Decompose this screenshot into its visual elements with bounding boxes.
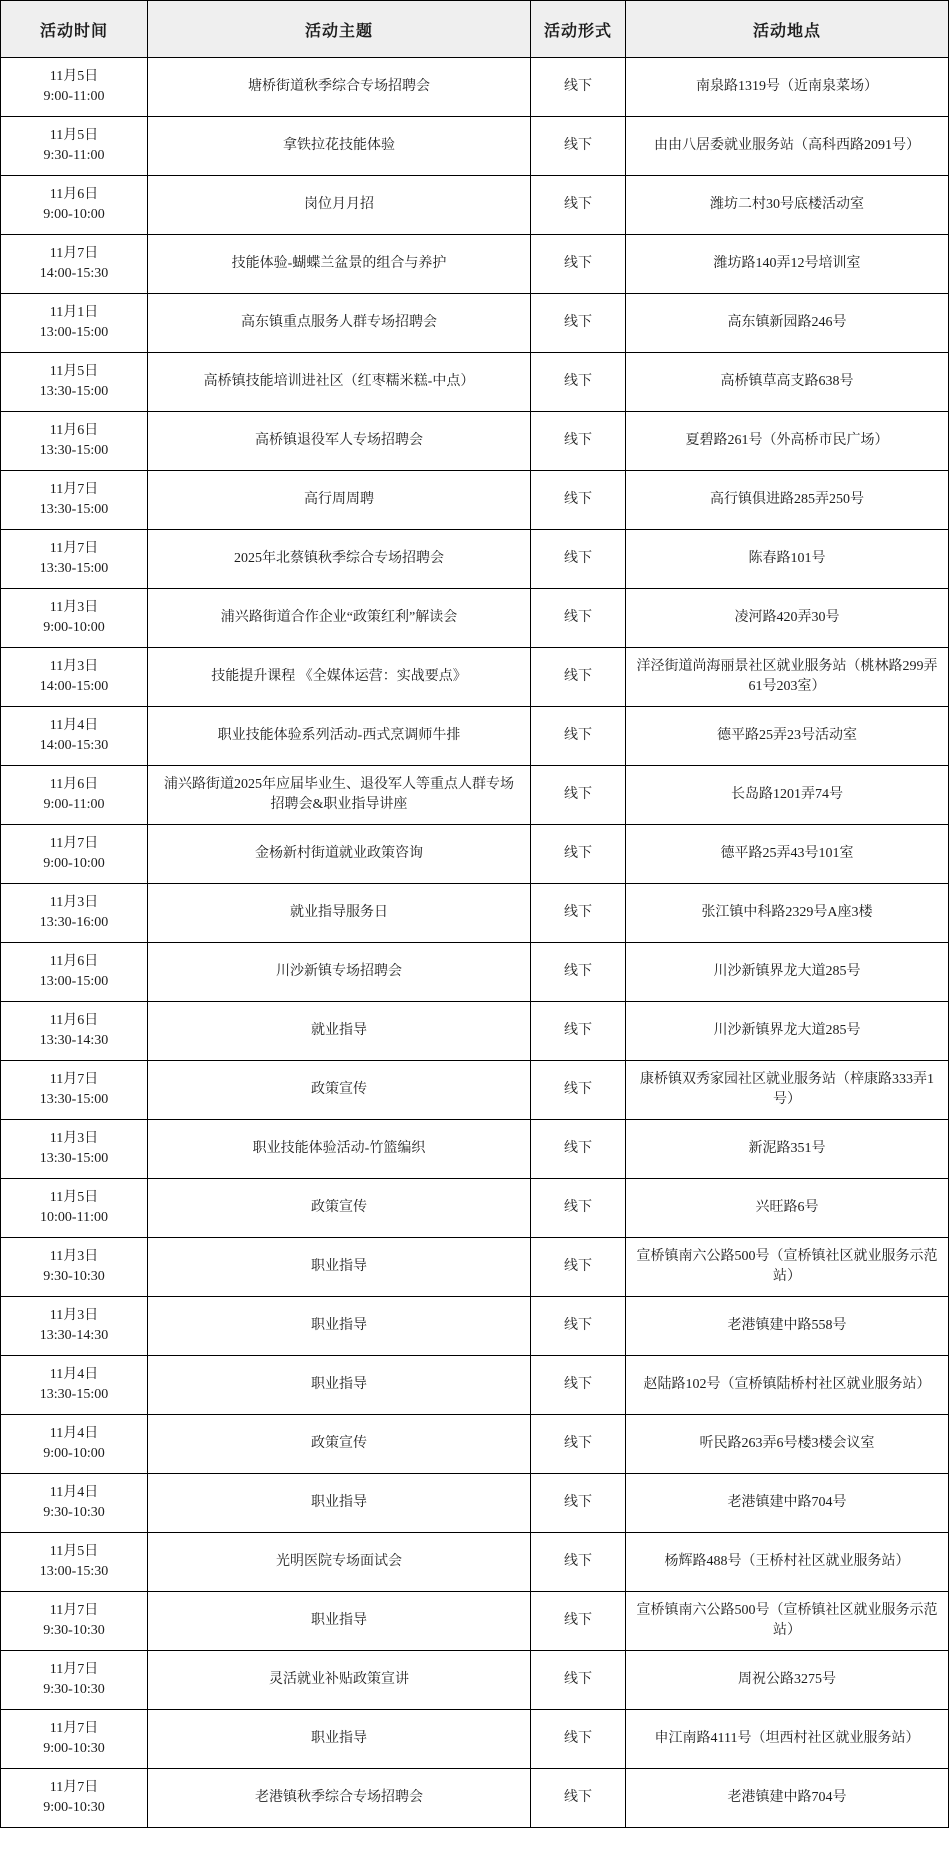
cell-format: 线下 (531, 1120, 626, 1179)
cell-time: 11月6日 9:00-11:00 (1, 766, 148, 825)
event-date: 11月6日 (11, 775, 137, 795)
table-row: 11月4日 9:30-10:30 职业指导 线下 老港镇建中路704号 (1, 1474, 949, 1533)
cell-location: 凌河路420弄30号 (626, 589, 949, 648)
table-row: 11月7日 9:30-10:30 灵活就业补贴政策宣讲 线下 周祝公路3275号 (1, 1651, 949, 1710)
cell-theme: 技能提升课程 《全媒体运营：实战要点》 (148, 648, 531, 707)
event-date: 11月3日 (11, 1306, 137, 1326)
event-hours: 13:30-16:00 (11, 913, 137, 933)
cell-theme: 职业指导 (148, 1474, 531, 1533)
cell-time: 11月7日 9:30-10:30 (1, 1651, 148, 1710)
event-date: 11月5日 (11, 362, 137, 382)
cell-format: 线下 (531, 1474, 626, 1533)
event-hours: 13:00-15:30 (11, 1562, 137, 1582)
cell-theme: 政策宣传 (148, 1179, 531, 1238)
event-hours: 14:00-15:30 (11, 736, 137, 756)
event-hours: 14:00-15:00 (11, 677, 137, 697)
cell-format: 线下 (531, 1356, 626, 1415)
cell-location: 德平路25弄23号活动室 (626, 707, 949, 766)
cell-format: 线下 (531, 1533, 626, 1592)
cell-theme: 高桥镇技能培训进社区（红枣糯米糕-中点） (148, 353, 531, 412)
event-date: 11月3日 (11, 657, 137, 677)
table-row: 11月5日 10:00-11:00 政策宣传 线下 兴旺路6号 (1, 1179, 949, 1238)
event-hours: 9:30-10:30 (11, 1503, 137, 1523)
cell-location: 老港镇建中路704号 (626, 1769, 949, 1828)
cell-location: 康桥镇双秀家园社区就业服务站（梓康路333弄1号） (626, 1061, 949, 1120)
cell-location: 申江南路4111号（坦西村社区就业服务站） (626, 1710, 949, 1769)
table-row: 11月3日 9:00-10:00 浦兴路街道合作企业“政策红利”解读会 线下 凌… (1, 589, 949, 648)
cell-theme: 技能体验-蝴蝶兰盆景的组合与养护 (148, 235, 531, 294)
event-date: 11月7日 (11, 244, 137, 264)
event-date: 11月7日 (11, 834, 137, 854)
cell-location: 老港镇建中路704号 (626, 1474, 949, 1533)
cell-format: 线下 (531, 353, 626, 412)
cell-time: 11月6日 13:30-15:00 (1, 412, 148, 471)
table-row: 11月3日 9:30-10:30 职业指导 线下 宣桥镇南六公路500号（宣桥镇… (1, 1238, 949, 1297)
cell-theme: 职业指导 (148, 1238, 531, 1297)
cell-time: 11月6日 13:00-15:00 (1, 943, 148, 1002)
table-row: 11月6日 13:00-15:00 川沙新镇专场招聘会 线下 川沙新镇界龙大道2… (1, 943, 949, 1002)
event-date: 11月4日 (11, 1483, 137, 1503)
event-hours: 13:30-15:00 (11, 1385, 137, 1405)
cell-theme: 灵活就业补贴政策宣讲 (148, 1651, 531, 1710)
event-date: 11月7日 (11, 539, 137, 559)
event-hours: 9:30-10:30 (11, 1621, 137, 1641)
event-hours: 13:30-15:00 (11, 1090, 137, 1110)
cell-format: 线下 (531, 1002, 626, 1061)
cell-format: 线下 (531, 117, 626, 176)
cell-location: 潍坊路140弄12号培训室 (626, 235, 949, 294)
cell-format: 线下 (531, 1297, 626, 1356)
cell-time: 11月4日 13:30-15:00 (1, 1356, 148, 1415)
event-date: 11月1日 (11, 303, 137, 323)
cell-format: 线下 (531, 1769, 626, 1828)
table-row: 11月3日 13:30-16:00 就业指导服务日 线下 张江镇中科路2329号… (1, 884, 949, 943)
table-body: 11月5日 9:00-11:00 塘桥街道秋季综合专场招聘会 线下 南泉路131… (1, 58, 949, 1828)
cell-location: 长岛路1201弄74号 (626, 766, 949, 825)
cell-location: 宣桥镇南六公路500号（宣桥镇社区就业服务示范站） (626, 1238, 949, 1297)
table-header: 活动时间 活动主题 活动形式 活动地点 (1, 1, 949, 58)
cell-format: 线下 (531, 1179, 626, 1238)
event-date: 11月3日 (11, 1129, 137, 1149)
event-hours: 13:30-15:00 (11, 559, 137, 579)
event-hours: 9:00-11:00 (11, 795, 137, 815)
event-hours: 9:00-10:00 (11, 1444, 137, 1464)
cell-location: 夏碧路261号（外高桥市民广场） (626, 412, 949, 471)
cell-location: 高行镇俱进路285弄250号 (626, 471, 949, 530)
event-hours: 9:00-10:00 (11, 854, 137, 874)
cell-time: 11月7日 13:30-15:00 (1, 530, 148, 589)
event-hours: 13:00-15:00 (11, 972, 137, 992)
cell-location: 洋泾街道尚海丽景社区就业服务站（桃林路299弄61号203室） (626, 648, 949, 707)
cell-time: 11月6日 13:30-14:30 (1, 1002, 148, 1061)
column-header-format: 活动形式 (531, 1, 626, 58)
table-row: 11月7日 9:00-10:30 职业指导 线下 申江南路4111号（坦西村社区… (1, 1710, 949, 1769)
cell-theme: 川沙新镇专场招聘会 (148, 943, 531, 1002)
cell-time: 11月3日 9:00-10:00 (1, 589, 148, 648)
cell-time: 11月1日 13:00-15:00 (1, 294, 148, 353)
table-row: 11月6日 9:00-10:00 岗位月月招 线下 潍坊二村30号底楼活动室 (1, 176, 949, 235)
cell-time: 11月3日 14:00-15:00 (1, 648, 148, 707)
event-date: 11月6日 (11, 1011, 137, 1031)
column-header-time: 活动时间 (1, 1, 148, 58)
cell-time: 11月5日 9:00-11:00 (1, 58, 148, 117)
event-hours: 14:00-15:30 (11, 264, 137, 284)
table-row: 11月3日 13:30-14:30 职业指导 线下 老港镇建中路558号 (1, 1297, 949, 1356)
cell-format: 线下 (531, 235, 626, 294)
cell-format: 线下 (531, 294, 626, 353)
cell-theme: 职业指导 (148, 1710, 531, 1769)
cell-format: 线下 (531, 412, 626, 471)
event-date: 11月4日 (11, 716, 137, 736)
cell-format: 线下 (531, 1415, 626, 1474)
table-row: 11月4日 14:00-15:30 职业技能体验系列活动-西式烹调师牛排 线下 … (1, 707, 949, 766)
event-date: 11月5日 (11, 67, 137, 87)
cell-theme: 老港镇秋季综合专场招聘会 (148, 1769, 531, 1828)
event-date: 11月7日 (11, 1601, 137, 1621)
table-row: 11月7日 9:00-10:30 老港镇秋季综合专场招聘会 线下 老港镇建中路7… (1, 1769, 949, 1828)
cell-location: 潍坊二村30号底楼活动室 (626, 176, 949, 235)
cell-location: 川沙新镇界龙大道285号 (626, 943, 949, 1002)
event-hours: 13:00-15:00 (11, 323, 137, 343)
cell-time: 11月3日 13:30-14:30 (1, 1297, 148, 1356)
event-hours: 9:30-10:30 (11, 1680, 137, 1700)
cell-location: 新泥路351号 (626, 1120, 949, 1179)
table-row: 11月7日 13:30-15:00 政策宣传 线下 康桥镇双秀家园社区就业服务站… (1, 1061, 949, 1120)
column-header-theme: 活动主题 (148, 1, 531, 58)
table-row: 11月3日 13:30-15:00 职业技能体验活动-竹篮编织 线下 新泥路35… (1, 1120, 949, 1179)
event-hours: 13:30-15:00 (11, 500, 137, 520)
event-date: 11月7日 (11, 1719, 137, 1739)
cell-location: 南泉路1319号（近南泉菜场） (626, 58, 949, 117)
table-row: 11月5日 13:30-15:00 高桥镇技能培训进社区（红枣糯米糕-中点） 线… (1, 353, 949, 412)
cell-format: 线下 (531, 825, 626, 884)
table-row: 11月4日 13:30-15:00 职业指导 线下 赵陆路102号（宣桥镇陆桥村… (1, 1356, 949, 1415)
event-date: 11月5日 (11, 1542, 137, 1562)
cell-format: 线下 (531, 1061, 626, 1120)
cell-location: 张江镇中科路2329号A座3楼 (626, 884, 949, 943)
table-row: 11月4日 9:00-10:00 政策宣传 线下 听民路263弄6号楼3楼会议室 (1, 1415, 949, 1474)
cell-time: 11月3日 13:30-16:00 (1, 884, 148, 943)
event-date: 11月7日 (11, 1660, 137, 1680)
cell-time: 11月3日 9:30-10:30 (1, 1238, 148, 1297)
cell-location: 兴旺路6号 (626, 1179, 949, 1238)
cell-time: 11月5日 9:30-11:00 (1, 117, 148, 176)
cell-theme: 高东镇重点服务人群专场招聘会 (148, 294, 531, 353)
cell-theme: 浦兴路街道2025年应届毕业生、退役军人等重点人群专场招聘会&职业指导讲座 (148, 766, 531, 825)
cell-time: 11月4日 9:00-10:00 (1, 1415, 148, 1474)
cell-format: 线下 (531, 471, 626, 530)
table-row: 11月1日 13:00-15:00 高东镇重点服务人群专场招聘会 线下 高东镇新… (1, 294, 949, 353)
event-hours: 9:00-11:00 (11, 87, 137, 107)
cell-theme: 岗位月月招 (148, 176, 531, 235)
cell-time: 11月7日 9:00-10:30 (1, 1710, 148, 1769)
cell-location: 高东镇新园路246号 (626, 294, 949, 353)
event-hours: 9:00-10:30 (11, 1739, 137, 1759)
table-row: 11月3日 14:00-15:00 技能提升课程 《全媒体运营：实战要点》 线下… (1, 648, 949, 707)
cell-time: 11月3日 13:30-15:00 (1, 1120, 148, 1179)
cell-location: 周祝公路3275号 (626, 1651, 949, 1710)
cell-theme: 职业指导 (148, 1297, 531, 1356)
table-row: 11月7日 13:30-15:00 高行周周聘 线下 高行镇俱进路285弄250… (1, 471, 949, 530)
cell-theme: 职业技能体验系列活动-西式烹调师牛排 (148, 707, 531, 766)
cell-time: 11月4日 14:00-15:30 (1, 707, 148, 766)
cell-theme: 职业技能体验活动-竹篮编织 (148, 1120, 531, 1179)
event-hours: 9:30-10:30 (11, 1267, 137, 1287)
cell-theme: 塘桥街道秋季综合专场招聘会 (148, 58, 531, 117)
cell-format: 线下 (531, 58, 626, 117)
event-hours: 10:00-11:00 (11, 1208, 137, 1228)
cell-theme: 2025年北蔡镇秋季综合专场招聘会 (148, 530, 531, 589)
table-row: 11月5日 9:00-11:00 塘桥街道秋季综合专场招聘会 线下 南泉路131… (1, 58, 949, 117)
cell-format: 线下 (531, 884, 626, 943)
table-row: 11月6日 9:00-11:00 浦兴路街道2025年应届毕业生、退役军人等重点… (1, 766, 949, 825)
event-date: 11月7日 (11, 1070, 137, 1090)
cell-time: 11月4日 9:30-10:30 (1, 1474, 148, 1533)
cell-time: 11月7日 9:00-10:30 (1, 1769, 148, 1828)
cell-time: 11月7日 13:30-15:00 (1, 1061, 148, 1120)
events-table: 活动时间 活动主题 活动形式 活动地点 11月5日 9:00-11:00 塘桥街… (0, 0, 949, 1828)
cell-theme: 政策宣传 (148, 1415, 531, 1474)
event-date: 11月3日 (11, 893, 137, 913)
cell-theme: 拿铁拉花技能体验 (148, 117, 531, 176)
cell-theme: 就业指导 (148, 1002, 531, 1061)
cell-format: 线下 (531, 1592, 626, 1651)
cell-format: 线下 (531, 1651, 626, 1710)
cell-theme: 金杨新村街道就业政策咨询 (148, 825, 531, 884)
cell-format: 线下 (531, 707, 626, 766)
event-date: 11月6日 (11, 421, 137, 441)
event-date: 11月5日 (11, 1188, 137, 1208)
cell-format: 线下 (531, 766, 626, 825)
cell-theme: 就业指导服务日 (148, 884, 531, 943)
cell-format: 线下 (531, 943, 626, 1002)
event-date: 11月3日 (11, 598, 137, 618)
cell-format: 线下 (531, 1238, 626, 1297)
header-row: 活动时间 活动主题 活动形式 活动地点 (1, 1, 949, 58)
cell-format: 线下 (531, 648, 626, 707)
cell-time: 11月7日 9:30-10:30 (1, 1592, 148, 1651)
cell-location: 宣桥镇南六公路500号（宣桥镇社区就业服务示范站） (626, 1592, 949, 1651)
event-hours: 13:30-14:30 (11, 1031, 137, 1051)
cell-format: 线下 (531, 1710, 626, 1769)
event-hours: 13:30-15:00 (11, 441, 137, 461)
cell-theme: 高行周周聘 (148, 471, 531, 530)
table-row: 11月7日 14:00-15:30 技能体验-蝴蝶兰盆景的组合与养护 线下 潍坊… (1, 235, 949, 294)
table-row: 11月7日 9:30-10:30 职业指导 线下 宣桥镇南六公路500号（宣桥镇… (1, 1592, 949, 1651)
cell-location: 川沙新镇界龙大道285号 (626, 1002, 949, 1061)
cell-format: 线下 (531, 589, 626, 648)
cell-format: 线下 (531, 176, 626, 235)
event-date: 11月4日 (11, 1424, 137, 1444)
cell-location: 陈春路101号 (626, 530, 949, 589)
event-date: 11月3日 (11, 1247, 137, 1267)
table-row: 11月7日 13:30-15:00 2025年北蔡镇秋季综合专场招聘会 线下 陈… (1, 530, 949, 589)
cell-theme: 职业指导 (148, 1356, 531, 1415)
table-row: 11月6日 13:30-15:00 高桥镇退役军人专场招聘会 线下 夏碧路261… (1, 412, 949, 471)
event-date: 11月7日 (11, 480, 137, 500)
cell-theme: 浦兴路街道合作企业“政策红利”解读会 (148, 589, 531, 648)
cell-location: 赵陆路102号（宣桥镇陆桥村社区就业服务站） (626, 1356, 949, 1415)
cell-theme: 政策宣传 (148, 1061, 531, 1120)
table-row: 11月6日 13:30-14:30 就业指导 线下 川沙新镇界龙大道285号 (1, 1002, 949, 1061)
cell-time: 11月5日 13:00-15:30 (1, 1533, 148, 1592)
table-row: 11月7日 9:00-10:00 金杨新村街道就业政策咨询 线下 德平路25弄4… (1, 825, 949, 884)
cell-theme: 光明医院专场面试会 (148, 1533, 531, 1592)
cell-location: 杨辉路488号（王桥村社区就业服务站） (626, 1533, 949, 1592)
cell-location: 德平路25弄43号101室 (626, 825, 949, 884)
event-hours: 13:30-15:00 (11, 1149, 137, 1169)
event-hours: 13:30-14:30 (11, 1326, 137, 1346)
event-hours: 13:30-15:00 (11, 382, 137, 402)
cell-location: 高桥镇草高支路638号 (626, 353, 949, 412)
event-date: 11月4日 (11, 1365, 137, 1385)
event-date: 11月5日 (11, 126, 137, 146)
cell-time: 11月7日 9:00-10:00 (1, 825, 148, 884)
cell-time: 11月7日 14:00-15:30 (1, 235, 148, 294)
event-date: 11月7日 (11, 1778, 137, 1798)
event-hours: 9:00-10:00 (11, 205, 137, 225)
table-row: 11月5日 9:30-11:00 拿铁拉花技能体验 线下 由由八居委就业服务站（… (1, 117, 949, 176)
table-row: 11月5日 13:00-15:30 光明医院专场面试会 线下 杨辉路488号（王… (1, 1533, 949, 1592)
cell-time: 11月5日 10:00-11:00 (1, 1179, 148, 1238)
cell-location: 由由八居委就业服务站（高科西路2091号） (626, 117, 949, 176)
cell-time: 11月7日 13:30-15:00 (1, 471, 148, 530)
event-date: 11月6日 (11, 185, 137, 205)
cell-format: 线下 (531, 530, 626, 589)
cell-theme: 高桥镇退役军人专场招聘会 (148, 412, 531, 471)
cell-time: 11月5日 13:30-15:00 (1, 353, 148, 412)
cell-theme: 职业指导 (148, 1592, 531, 1651)
event-date: 11月6日 (11, 952, 137, 972)
column-header-location: 活动地点 (626, 1, 949, 58)
cell-location: 老港镇建中路558号 (626, 1297, 949, 1356)
event-hours: 9:00-10:00 (11, 618, 137, 638)
cell-time: 11月6日 9:00-10:00 (1, 176, 148, 235)
cell-location: 听民路263弄6号楼3楼会议室 (626, 1415, 949, 1474)
event-hours: 9:30-11:00 (11, 146, 137, 166)
event-hours: 9:00-10:30 (11, 1798, 137, 1818)
